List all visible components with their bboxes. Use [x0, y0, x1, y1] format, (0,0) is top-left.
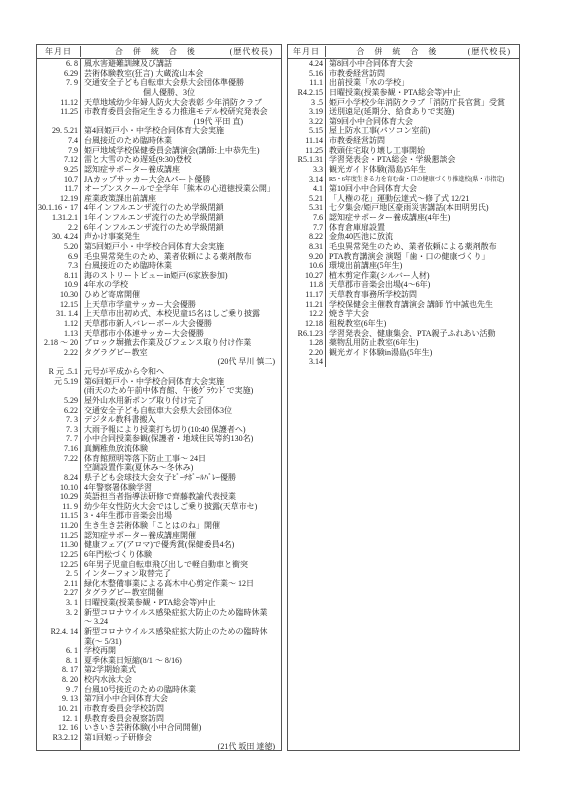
table-row: 10. 21市教育委員会学校訪問	[37, 704, 281, 714]
table-row: 2. 5インターフォン取替完了	[37, 569, 281, 579]
table-row: 11. 9幼少年女性防火大会ではしご乗り披露(天草市セ)	[37, 502, 281, 512]
event-cell: 6年門松づくり体験	[81, 550, 281, 560]
date-cell: 11.25	[288, 146, 326, 156]
event-cell: 第6回姫戸小・中学校合同体育大会実施	[81, 377, 281, 387]
event-cell: (雨天のため午前中体育館、午後ｸﾞﾗｳﾝﾄﾞで実施)	[81, 386, 281, 396]
event-cell: 緑化木整備事業による高木中心剪定作業〜 12日	[81, 579, 281, 589]
date-cell: R2.4. 14	[37, 627, 81, 637]
date-cell: 6. 1	[37, 646, 81, 656]
date-cell: 12. 1	[37, 714, 81, 724]
date-cell: 30. 4.24	[37, 232, 81, 242]
table-row: 7.7体育倉庫扉設置	[288, 223, 519, 233]
event-cell: 環境出前講座(5年生)	[326, 261, 519, 271]
date-cell: 2. 5	[37, 569, 81, 579]
table-row: 7.22体育館照明等落下防止工事〜 24日	[37, 454, 281, 464]
event-cell: 校内水泳大会	[81, 675, 281, 685]
event-cell: 台風10号接近のための臨時休業	[81, 685, 281, 695]
principal-header: (歴代校長)	[230, 46, 281, 57]
date-cell: 10.27	[288, 271, 326, 281]
table-row: 8. 20校内水泳大会	[37, 675, 281, 685]
date-cell: 5.16	[288, 69, 326, 79]
date-cell	[37, 357, 81, 367]
date-cell: 12.18	[288, 319, 326, 329]
event-cell: 「人権の花」運動伝達式〜修了式 12/21	[326, 194, 519, 204]
event-cell: 英語担当者指導法研修で齊藤教諭代表授業	[81, 492, 281, 502]
date-cell: 12.25	[37, 550, 81, 560]
event-cell	[326, 357, 519, 367]
table-row: 6.29芸術体験教室(狂言) 大蔵流山本会	[37, 69, 281, 79]
table-row: 10.6環境出前講座(5年生)	[288, 261, 519, 271]
table-row: 5.15屋上防水工事(パソコン室前)	[288, 126, 519, 136]
event-cell: 認知症サポーター養成講座(4年生)	[326, 213, 519, 223]
date-cell: 30.1.16・17	[37, 203, 81, 213]
date-cell: 5.29	[37, 396, 81, 406]
event-cell: 第9回小中合同体育大会	[326, 117, 519, 127]
event-cell: 夏季休業日短縮(8/1 〜 8/16)	[81, 656, 281, 666]
date-cell: 7.4	[37, 136, 81, 146]
table-header: 年月日 合 併 統 合 後 (歴代校長)	[37, 45, 281, 59]
event-cell: 焼き芋大会	[326, 309, 519, 319]
event-cell: 空調設置作業(夏休み〜冬休み)	[81, 463, 281, 473]
date-cell: 7.22	[37, 454, 81, 464]
date-cell: 5.31	[288, 203, 326, 213]
event-column-header: 合 併 統 合 後 (歴代校長)	[326, 46, 519, 57]
date-cell: 8.11	[37, 271, 81, 281]
date-cell: 29. 5.21	[37, 126, 81, 136]
event-cell: R5・6年度生きる力を育む歯・口の健康づくり推進校(県・市指定)	[326, 175, 519, 185]
table-row: 29. 5.21第4回姫戸小・中学校合同体育大会実施	[37, 126, 281, 136]
date-cell: 5.20	[37, 242, 81, 252]
table-row: 8. 17第2学期始業式	[37, 665, 281, 675]
date-cell: 2.18 〜 20	[37, 338, 81, 348]
table-row: 8.11海のストリートビューin姫戸(6家族参加)	[37, 271, 281, 281]
date-cell	[37, 88, 81, 98]
event-cell: 天草地域幼少年婦人防火大会表彰 少年消防クラブ	[81, 98, 281, 108]
event-cell: 市教委経営訪問	[326, 69, 519, 79]
date-cell: 7. 9	[37, 78, 81, 88]
table-row: 11.25認知症サポーター養成講座開催	[37, 531, 281, 541]
date-cell: 1.12	[37, 319, 81, 329]
table-row: R5.1.31学習発表会・PTA総会・学級懇談会	[288, 155, 519, 165]
table-row: 10.94年水の学校	[37, 280, 281, 290]
table-row: R6.1.23学習発表会、健康集会、PTA親子ふれあい活動	[288, 329, 519, 339]
date-cell: 9 .7	[37, 685, 81, 695]
event-cell: 第5回姫戸小・中学校合同体育大会実施	[81, 242, 281, 252]
history-table-right: 年月日 合 併 統 合 後 (歴代校長) 4.24第8回小中合同体育大会5.16…	[287, 44, 520, 751]
date-cell: 8. 17	[37, 665, 81, 675]
date-cell	[37, 637, 81, 647]
event-cell: 租税教室(6年生)	[326, 319, 519, 329]
event-cell: ひめど寄席開催	[81, 290, 281, 300]
table-row: 7. 9交通安全子ども自転車大会県大会団体準優勝	[37, 78, 281, 88]
table-row: 8.24県子ども会球技大会女子ﾋﾞｰﾁﾎﾞｰﾙﾊﾞﾚｰ優勝	[37, 473, 281, 483]
table-row: 11.25教頭住宅取り壊し工事開始	[288, 146, 519, 156]
date-cell: R6.1.23	[288, 329, 326, 339]
table-row: 5.29屋外山水用新ポンプ取り付け完了	[37, 396, 281, 406]
date-cell: 2.20	[288, 348, 326, 358]
date-cell: 1.31.2.1	[37, 213, 81, 223]
event-cell: タグラグビー教室	[81, 348, 281, 358]
date-cell: 10.6	[288, 261, 326, 271]
table-row: 5.21「人権の花」運動伝達式〜修了式 12/21	[288, 194, 519, 204]
date-cell: 7.3	[37, 261, 81, 271]
date-cell	[37, 386, 81, 396]
date-cell: 3.22	[288, 117, 326, 127]
date-cell: 12.15	[37, 300, 81, 310]
table-row: 2.26年インフルエンザ流行のため学級閉鎖	[37, 223, 281, 233]
table-row: 3.14R5・6年度生きる力を育む歯・口の健康づくり推進校(県・市指定)	[288, 175, 519, 185]
date-cell: R5.1.31	[288, 155, 326, 165]
table-row: 11.17天草教育事務所学校訪問	[288, 290, 519, 300]
event-cell: 天草郡市新人バレーボール大会優勝	[81, 319, 281, 329]
table-row: 30. 4.24声かけ事案発生	[37, 232, 281, 242]
date-cell: 2.27	[37, 588, 81, 598]
event-cell: 第8回小中合同体育大会	[326, 59, 519, 69]
date-cell: 12.19	[37, 194, 81, 204]
table-row: 12.19産業政策課出前講座	[37, 194, 281, 204]
date-cell: 3 .5	[288, 98, 326, 108]
event-cell: 送別遠足(延期分、給食ありで実施)	[326, 107, 519, 117]
event-cell: (21代 坂田 達徳)	[81, 742, 281, 750]
table-row: R4.2.15日曜授業(授業参観・PTA総会等)中止	[288, 88, 519, 98]
date-cell: 7.9	[37, 146, 81, 156]
event-cell: 上天草市出初め式、本校児童15名はしご乗り披露	[81, 309, 281, 319]
table-row: 8. 1夏季休業日短縮(8/1 〜 8/16)	[37, 656, 281, 666]
date-cell: 7.16	[37, 444, 81, 454]
table-row: 3.19送別遠足(延期分、給食ありで実施)	[288, 107, 519, 117]
date-cell: 11.25	[37, 531, 81, 541]
event-cell: いきいき芸術体験(小中合同開催)	[81, 723, 281, 733]
event-cell: 小中合同授業参観(保護者・地域住民等約130名)	[81, 434, 281, 444]
table-row: 6.22交通安全子ども自転車大会県大会団体3位	[37, 406, 281, 416]
event-cell: 屋上防水工事(パソコン室前)	[326, 126, 519, 136]
date-cell: 7. 3	[37, 415, 81, 425]
table-row: 3 .5姫戸小学校少年消防クラブ「消防庁長官賞」受賞	[288, 98, 519, 108]
date-cell: 12. 16	[37, 723, 81, 733]
table-row: 2.20観光ガイド体験in湯島(5年生)	[288, 348, 519, 358]
table-row: 12.256年門松づくり体験	[37, 550, 281, 560]
event-cell: 市教育委員会指定生きる力推進モデル校研究発表会	[81, 107, 281, 117]
table-row: 個人優勝、3位	[37, 88, 281, 98]
table-row: 7.16真鯛稚魚放流体験	[37, 444, 281, 454]
event-cell: 6年インフルエンザ流行のため学級閉鎖	[81, 223, 281, 233]
event-cell: 教頭住宅取り壊し工事開始	[326, 146, 519, 156]
table-row: (20代 早川 慎二)	[37, 357, 281, 367]
date-cell: 10. 21	[37, 704, 81, 714]
date-cell: 10.9	[37, 280, 81, 290]
event-cell: 毛虫異常発生のため、業者依頼による薬剤散布	[326, 242, 519, 252]
merged-era-header: 合 併 統 合 後	[84, 46, 230, 57]
date-column-header: 年月日	[288, 46, 326, 57]
table-row: 3.22第9回小中合同体育大会	[288, 117, 519, 127]
event-cell: 健康フェア(アロマ)で優秀賞(保健委員4名)	[81, 540, 281, 550]
date-cell: 2.2	[37, 223, 81, 233]
event-cell: 産業政策課出前講座	[81, 194, 281, 204]
event-cell: 6年男子児童自転車飛び出しで軽自動車と衝突	[81, 560, 281, 570]
date-cell: 8. 1	[37, 656, 81, 666]
event-cell: 4年水の学校	[81, 280, 281, 290]
date-cell: 7.12	[37, 155, 81, 165]
table-row: 3.14	[288, 357, 519, 367]
table-row: 10.29英語担当者指導法研修で齊藤教諭代表授業	[37, 492, 281, 502]
table-row: 9.25認知症サポーター養成講座	[37, 165, 281, 175]
date-cell: 11.8	[288, 280, 326, 290]
table-row: 9 .7台風10号接近のための臨時休業	[37, 685, 281, 695]
event-cell: デジタル教科書搬入	[81, 415, 281, 425]
table-row: 3.3観光ガイド体験(湯島)5年生	[288, 165, 519, 175]
table-row: 11.8天草郡市音楽会出場(4〜6年)	[288, 280, 519, 290]
date-cell: 元 5.19	[37, 377, 81, 387]
date-cell: R3.2.12	[37, 733, 81, 743]
event-cell: ブロック塀撤去作業及びフェンス取り付け作業	[81, 338, 281, 348]
table-row: R2.4. 14新型コロナウイルス感染症拡大防止のための臨時休	[37, 627, 281, 637]
event-cell: 第4回姫戸小・中学校合同体育大会実施	[81, 126, 281, 136]
event-cell: 姫戸小学校少年消防クラブ「消防庁長官賞」受賞	[326, 98, 519, 108]
event-cell: 日曜授業(授業参観・PTA総会等)中止	[326, 88, 519, 98]
date-cell: 9.25	[37, 165, 81, 175]
table-row: 7.3台風接近のため臨時休業	[37, 261, 281, 271]
event-cell: (20代 早川 慎二)	[81, 357, 281, 367]
table-row: 10.104年警察署体験学習	[37, 483, 281, 493]
date-cell	[37, 742, 81, 750]
event-cell: 雷と大雪のため遅延(9:30)登校	[81, 155, 281, 165]
event-cell: 県教育委員会視察訪問	[81, 714, 281, 724]
event-cell: 第1回姫っ子研修会	[81, 733, 281, 743]
merged-era-header: 合 併 統 合 後	[329, 46, 468, 57]
date-cell: 1.13	[37, 329, 81, 339]
table-row: 10.27植木剪定作業(シルバー人材)	[288, 271, 519, 281]
date-cell: 3.3	[288, 165, 326, 175]
table-row: 2.22タグラグビー教室	[37, 348, 281, 358]
event-cell: 業(〜 5/31)	[81, 637, 281, 647]
table-row: (21代 坂田 達徳)	[37, 742, 281, 750]
event-cell: JAカップサッカー大会Aパート優勝	[81, 175, 281, 185]
date-cell: 3. 1	[37, 598, 81, 608]
event-cell: 交通安全子ども自転車大会県大会団体3位	[81, 406, 281, 416]
date-cell: 10.30	[37, 290, 81, 300]
table-row: 3. 1日曜授業(授業参観・PTA総会等)中止	[37, 598, 281, 608]
event-cell: 姫戸地域学校保健委員会講演会(講師:上中恭先生)	[81, 146, 281, 156]
table-row: 6. 1学校再開	[37, 646, 281, 656]
date-cell: 11.30	[37, 540, 81, 550]
table-row: R3.2.12第1回姫っ子研修会	[37, 733, 281, 743]
table-row: 7.4台風接近のため臨時休業	[37, 136, 281, 146]
table-row: 11.25市教育委員会指定生きる力推進モデル校研究発表会	[37, 107, 281, 117]
event-cell: 第10回小中合同体育大会	[326, 184, 519, 194]
event-cell: 天草郡市小体連サッカー大会優勝	[81, 329, 281, 339]
date-cell: 3.14	[288, 357, 326, 367]
table-row: 12.15上天草市学童サッカー大会優勝	[37, 300, 281, 310]
date-cell: 9. 13	[37, 694, 81, 704]
event-cell: 生き生き芸術体験「ことはのね」開催	[81, 521, 281, 531]
date-cell: 3.14	[288, 175, 326, 185]
event-cell: 4年インフルエンザ流行のため学級閉鎖	[81, 203, 281, 213]
event-cell: 学校再開	[81, 646, 281, 656]
event-cell: 学習発表会、健康集会、PTA親子ふれあい活動	[326, 329, 519, 339]
event-cell: 新型コロナウイルス感染症拡大防止のための臨時休	[81, 627, 281, 637]
date-cell: 6.29	[37, 69, 81, 79]
table-row: 11.21学校保健会主催教育講演会 講師 竹中誠也先生	[288, 300, 519, 310]
event-cell: 上天草市学童サッカー大会優勝	[81, 300, 281, 310]
date-cell: 7.6	[288, 213, 326, 223]
date-cell: 6. 8	[37, 59, 81, 69]
table-row: 〜 3.24	[37, 617, 281, 627]
table-row: 3. 2新型コロナウイルス感染症拡大防止のため臨時休業	[37, 608, 281, 618]
table-row: 9. 13第7回小中合同体育大会	[37, 694, 281, 704]
table-row: 1.13天草郡市小体連サッカー大会優勝	[37, 329, 281, 339]
event-cell: 薬物乱用防止教室(6年生)	[326, 338, 519, 348]
date-cell	[37, 117, 81, 127]
date-cell: 7.7	[288, 223, 326, 233]
date-cell: 11.1	[288, 78, 326, 88]
event-cell: 交通安全子ども自転車大会県大会団体準優勝	[81, 78, 281, 88]
table-row: (19代 平田 直)	[37, 117, 281, 127]
table-row: 1.31.2.11年インフルエンザ流行のため学級閉鎖	[37, 213, 281, 223]
date-cell: 5.15	[288, 126, 326, 136]
table-body: 6. 8風水害避難訓練及び講話6.29芸術体験教室(狂言) 大蔵流山本会7. 9…	[37, 59, 281, 750]
event-cell: 3・4年生郡市音楽会出場	[81, 511, 281, 521]
school-history-document-page: 年月日 合 併 統 合 後 (歴代校長) 6. 8風水害避難訓練及び講話6.29…	[0, 0, 566, 800]
event-column-header: 合 併 統 合 後 (歴代校長)	[81, 46, 281, 57]
date-cell: 6.22	[37, 406, 81, 416]
event-cell: 台風接近のため臨時休業	[81, 136, 281, 146]
table-row: 1.28薬物乱用防止教室(6年生)	[288, 338, 519, 348]
event-cell: 体育館照明等落下防止工事〜 24日	[81, 454, 281, 464]
table-row: 6. 8風水害避難訓練及び講話	[37, 59, 281, 69]
table-row: 7. 3大雨予報により授業打ち切り(10:40 保護者へ)	[37, 425, 281, 435]
event-cell: 第2学期始業式	[81, 665, 281, 675]
event-cell: オープンスクールで全学年「熊本の心道徳授業公開」	[81, 184, 281, 194]
table-row: 8.22金魚40匹池に放流	[288, 232, 519, 242]
table-row: 12.18租税教室(6年生)	[288, 319, 519, 329]
date-cell: 10.7	[37, 175, 81, 185]
table-row: 12.256年男子児童自転車飛び出しで軽自動車と衝突	[37, 560, 281, 570]
date-cell: 11.25	[37, 107, 81, 117]
event-cell: 県子ども会球技大会女子ﾋﾞｰﾁﾎﾞｰﾙﾊﾞﾚｰ優勝	[81, 473, 281, 483]
table-row: 30.1.16・174年インフルエンザ流行のため学級閉鎖	[37, 203, 281, 213]
date-cell: R4.2.15	[288, 88, 326, 98]
date-cell: 3. 2	[37, 608, 81, 618]
date-cell: 4.1	[288, 184, 326, 194]
event-cell: 天草教育事務所学校訪問	[326, 290, 519, 300]
table-row: 11.14市教委経営訪問	[288, 136, 519, 146]
table-row: 5.16市教委経営訪問	[288, 69, 519, 79]
table-row: 8.31毛虫異常発生のため、業者依頼による薬剤散布	[288, 242, 519, 252]
event-cell: 植木剪定作業(シルバー人材)	[326, 271, 519, 281]
date-cell: 2.22	[37, 348, 81, 358]
event-cell: 新型コロナウイルス感染症拡大防止のため臨時休業	[81, 608, 281, 618]
table-row: 11.7オープンスクールで全学年「熊本の心道徳授業公開」	[37, 184, 281, 194]
table-row: 7. 7小中合同授業参観(保護者・地域住民等約130名)	[37, 434, 281, 444]
date-cell: 10.29	[37, 492, 81, 502]
date-cell: 5.21	[288, 194, 326, 204]
event-cell: インターフォン取替完了	[81, 569, 281, 579]
date-cell: 11.15	[37, 511, 81, 521]
event-cell: 屋外山水用新ポンプ取り付け完了	[81, 396, 281, 406]
event-cell: 個人優勝、3位	[81, 88, 281, 98]
table-row: 7. 3デジタル教科書搬入	[37, 415, 281, 425]
date-cell: 10.10	[37, 483, 81, 493]
history-table-left: 年月日 合 併 統 合 後 (歴代校長) 6. 8風水害避難訓練及び講話6.29…	[36, 44, 282, 751]
table-row: R 元 .5.1元号が平成から令和へ	[37, 367, 281, 377]
event-cell: 認知症サポーター養成講座開催	[81, 531, 281, 541]
event-cell: タグラグビー教室開催	[81, 588, 281, 598]
event-cell: 海のストリートビューin姫戸(6家族参加)	[81, 271, 281, 281]
date-cell	[37, 617, 81, 627]
date-cell: 8.31	[288, 242, 326, 252]
table-row: 12.2焼き芋大会	[288, 309, 519, 319]
table-body: 4.24第8回小中合同体育大会5.16市教委経営訪問11.1出前授業「水の学校」…	[288, 59, 519, 750]
event-cell: 学習発表会・PTA総会・学級懇談会	[326, 155, 519, 165]
table-row: 11.30健康フェア(アロマ)で優秀賞(保健委員4名)	[37, 540, 281, 550]
event-cell: 毛虫異常発生のため、業者依頼による薬剤散布	[81, 252, 281, 262]
table-row: 12. 1県教育委員会視察訪問	[37, 714, 281, 724]
date-cell: 11.14	[288, 136, 326, 146]
event-cell: 金魚40匹池に放流	[326, 232, 519, 242]
table-row: 10.30ひめど寄席開催	[37, 290, 281, 300]
table-row: 11.153・4年生郡市音楽会出場	[37, 511, 281, 521]
event-cell: 声かけ事案発生	[81, 232, 281, 242]
table-row: (雨天のため午前中体育館、午後ｸﾞﾗｳﾝﾄﾞで実施)	[37, 386, 281, 396]
table-row: 5.31七夕集会/姫戸地区豪雨災害講話(本田明男氏)	[288, 203, 519, 213]
table-row: 10.7JAカップサッカー大会Aパート優勝	[37, 175, 281, 185]
table-row: 元 5.19第6回姫戸小・中学校合同体育大会実施	[37, 377, 281, 387]
date-cell: 11.20	[37, 521, 81, 531]
date-cell: 9.20	[288, 252, 326, 262]
event-cell: 真鯛稚魚放流体験	[81, 444, 281, 454]
date-cell: 7. 7	[37, 434, 81, 444]
event-cell: 芸術体験教室(狂言) 大蔵流山本会	[81, 69, 281, 79]
event-cell: 日曜授業(授業参観・PTA総会等)中止	[81, 598, 281, 608]
date-cell: 31. 1.4	[37, 309, 81, 319]
date-cell: 11.12	[37, 98, 81, 108]
table-row: 2.27タグラグビー教室開催	[37, 588, 281, 598]
table-row: 2.11緑化木整備事業による高木中心剪定作業〜 12日	[37, 579, 281, 589]
date-cell: 8.22	[288, 232, 326, 242]
event-cell: 第7回小中合同体育大会	[81, 694, 281, 704]
principal-header: (歴代校長)	[468, 46, 519, 57]
table-row: 空調設置作業(夏休み〜冬休み)	[37, 463, 281, 473]
date-cell: R 元 .5.1	[37, 367, 81, 377]
date-cell: 2.11	[37, 579, 81, 589]
event-cell: 元号が平成から令和へ	[81, 367, 281, 377]
event-cell: 幼少年女性防火大会ではしご乗り披露(天草市セ)	[81, 502, 281, 512]
event-cell: 4年警察署体験学習	[81, 483, 281, 493]
event-cell: 1年インフルエンザ流行のため学級閉鎖	[81, 213, 281, 223]
event-cell: 大雨予報により授業打ち切り(10:40 保護者へ)	[81, 425, 281, 435]
date-cell: 8. 20	[37, 675, 81, 685]
date-cell: 4.24	[288, 59, 326, 69]
date-column-header: 年月日	[37, 46, 81, 57]
event-cell: 学校保健会主催教育講演会 講師 竹中誠也先生	[326, 300, 519, 310]
date-cell: 11.17	[288, 290, 326, 300]
table-row: 6.9毛虫異常発生のため、業者依頼による薬剤散布	[37, 252, 281, 262]
event-cell: 観光ガイド体験(湯島)5年生	[326, 165, 519, 175]
table-row: 4.1第10回小中合同体育大会	[288, 184, 519, 194]
event-cell: 台風接近のため臨時休業	[81, 261, 281, 271]
event-cell: 認知症サポーター養成講座	[81, 165, 281, 175]
table-row: 7.6認知症サポーター養成講座(4年生)	[288, 213, 519, 223]
event-cell: 風水害避難訓練及び講話	[81, 59, 281, 69]
date-cell: 11.21	[288, 300, 326, 310]
date-cell: 1.28	[288, 338, 326, 348]
event-cell: 体育倉庫扉設置	[326, 223, 519, 233]
table-row: 業(〜 5/31)	[37, 637, 281, 647]
date-cell: 11. 9	[37, 502, 81, 512]
date-cell	[37, 463, 81, 473]
date-cell: 12.25	[37, 560, 81, 570]
event-cell: 市教委経営訪問	[326, 136, 519, 146]
